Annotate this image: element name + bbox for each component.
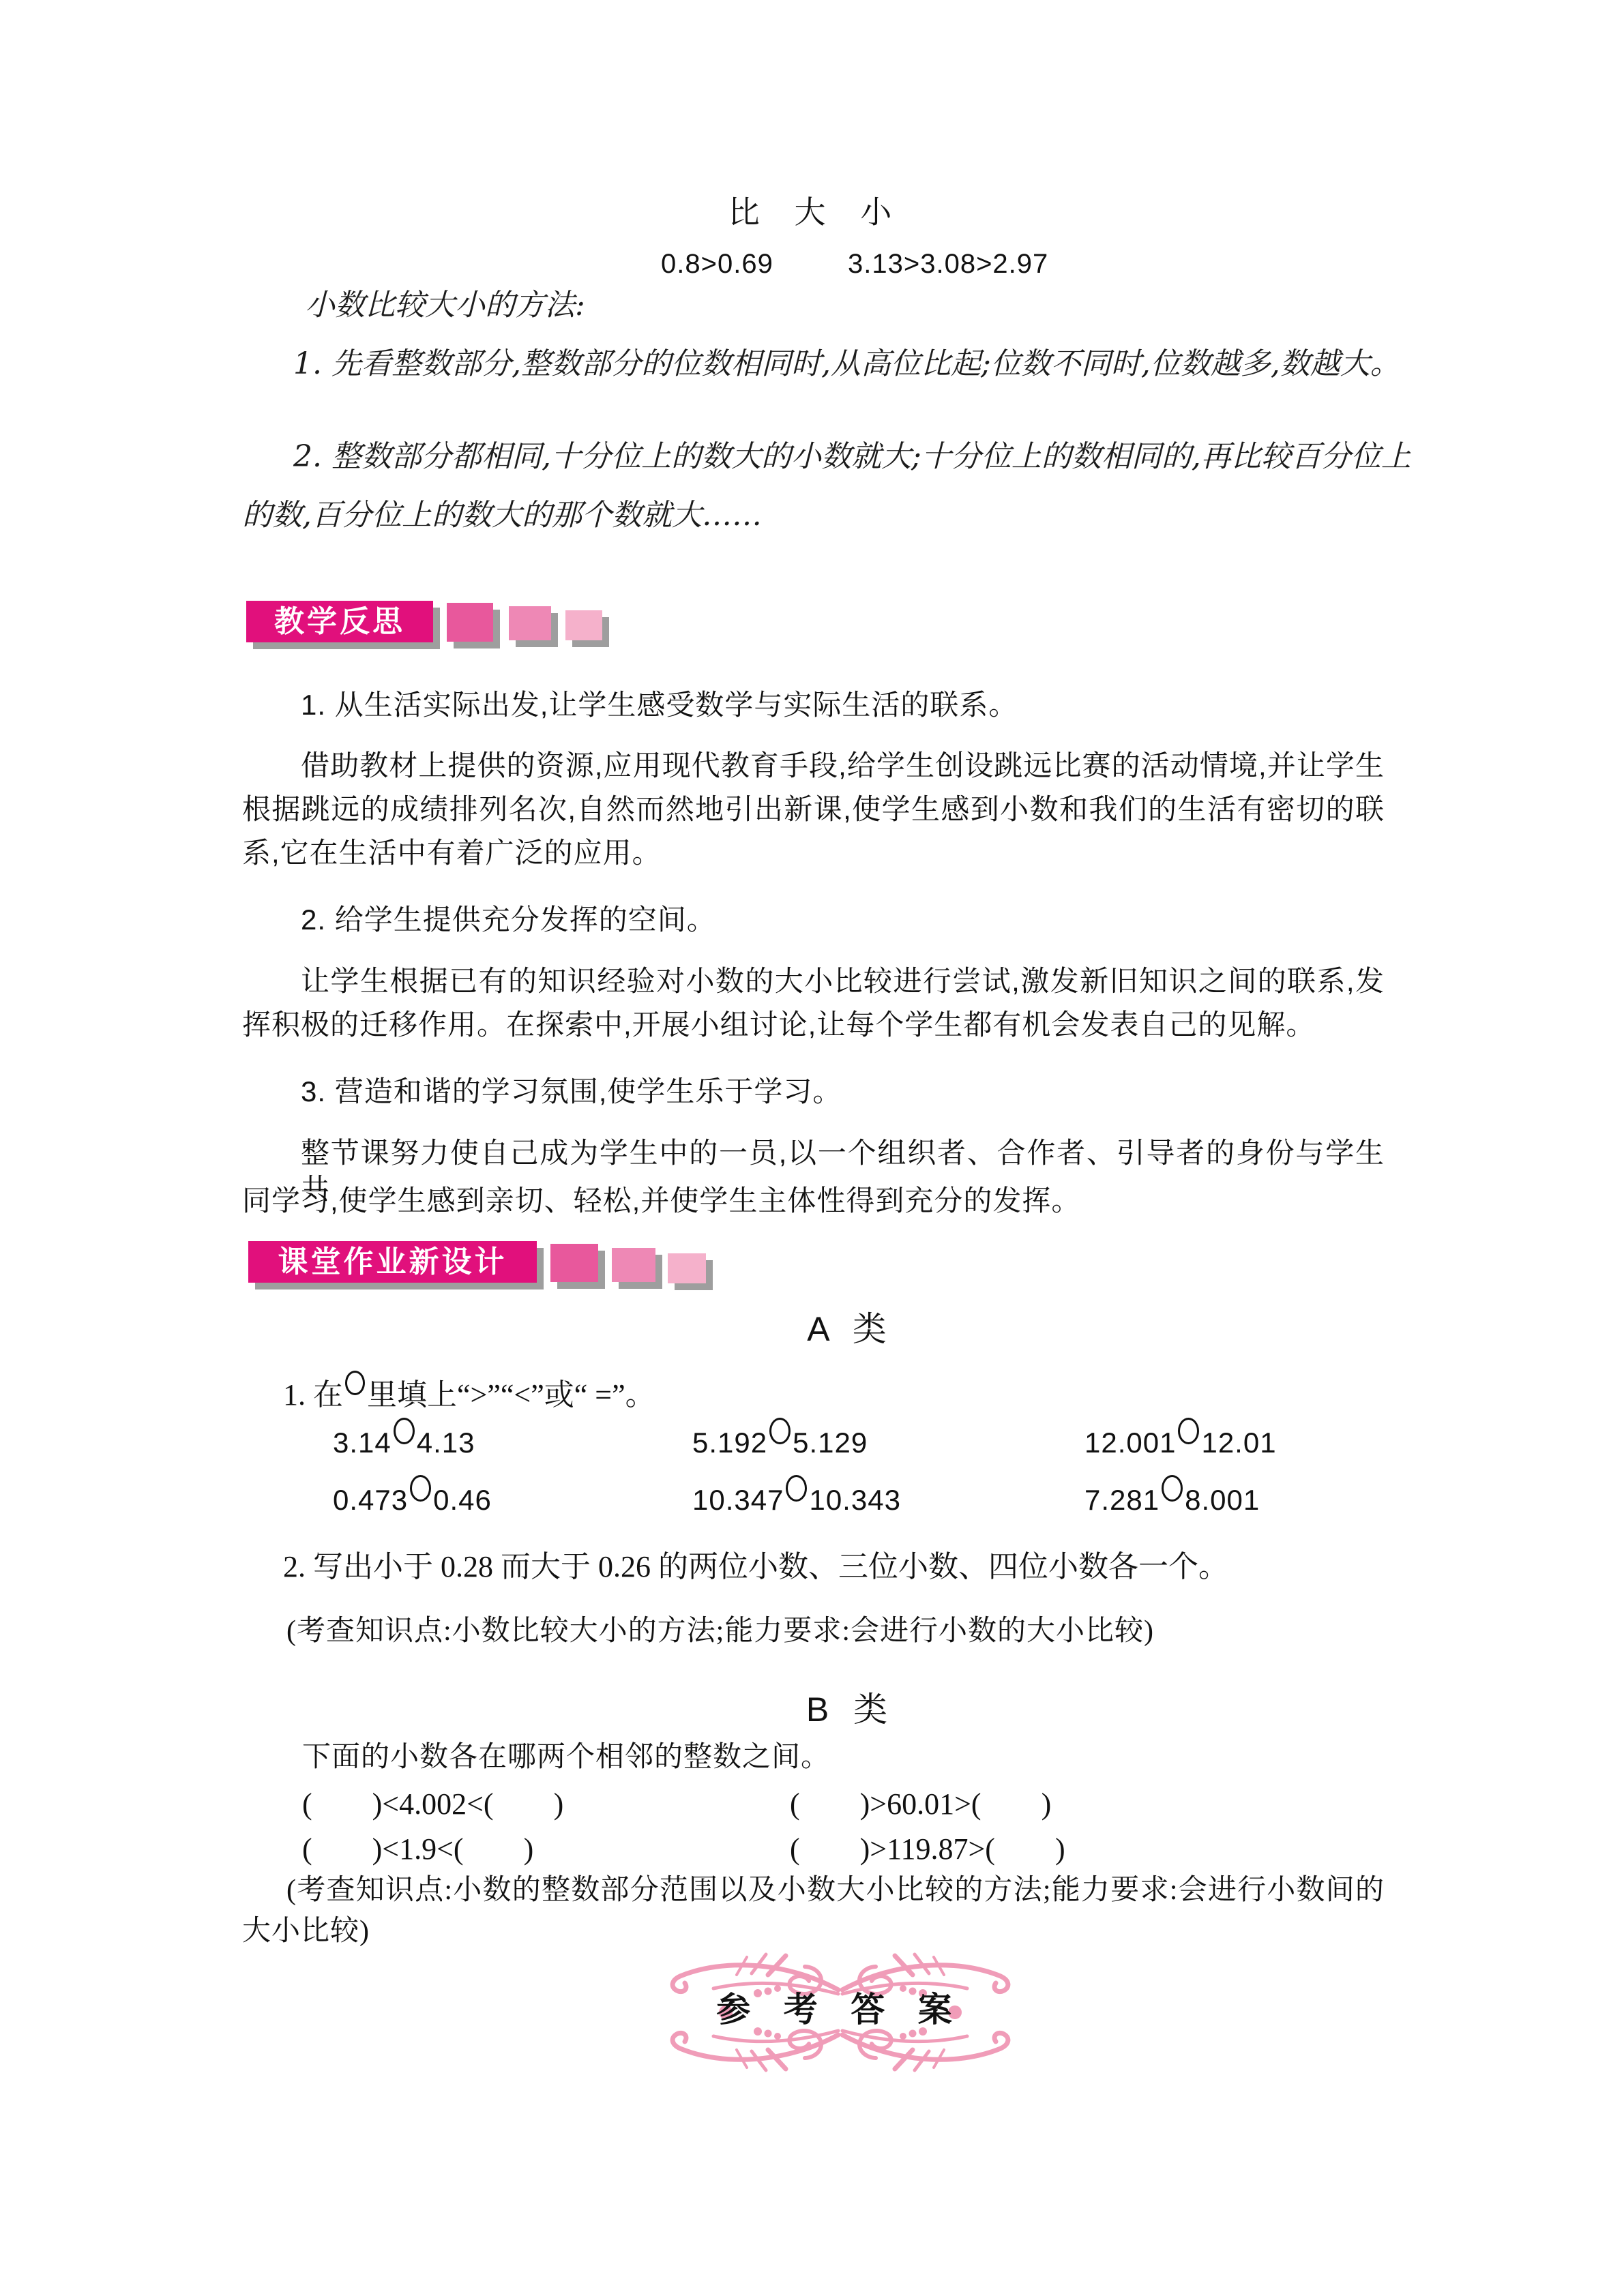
reflection-section-banner: 教学反思: [246, 601, 433, 642]
range-blank-item: ( )<4.002<( ): [302, 1785, 563, 1823]
banner-accent-square-4: [550, 1244, 598, 1282]
reflection-point-3: 3. 营造和谐的学习氛围,使学生乐于学习。: [301, 1074, 842, 1110]
compare-right: 4.13: [417, 1427, 475, 1459]
compare-right: 8.001: [1185, 1484, 1260, 1516]
reference-answers-title: 参 考 答 案: [663, 1988, 1018, 2031]
range-blank-item: ( )<1.9<( ): [302, 1830, 533, 1868]
compare-right: 12.01: [1201, 1427, 1276, 1459]
compare-left: 5.192: [692, 1427, 767, 1459]
comparison-example-1: 0.8>0.69: [661, 247, 773, 281]
reflection-banner-label: 教学反思: [274, 603, 405, 640]
homework-banner-label: 课堂作业新设计: [278, 1243, 507, 1281]
compare-pair: 12.00112.01: [1084, 1425, 1277, 1461]
fill-in-circle-icon: [1178, 1418, 1199, 1444]
compare-right: 0.46: [433, 1484, 492, 1516]
reflection-point-1: 1. 从生活实际出发,让学生感受数学与实际生活的联系。: [301, 687, 1018, 724]
document-page: 比 大 小 0.8>0.69 3.13>3.08>2.97 小数比较大小的方法:…: [0, 0, 1624, 2296]
compare-right: 5.129: [793, 1427, 868, 1459]
banner-accent-square-2: [509, 606, 551, 640]
fill-in-circle-icon: [1162, 1475, 1183, 1502]
banner-accent-square-3: [565, 610, 602, 640]
section-b-note-line-2: 大小比较): [242, 1913, 370, 1950]
fill-in-circle-icon: [394, 1418, 415, 1444]
fill-in-circle-icon: [410, 1475, 431, 1502]
banner-accent-square-5: [612, 1248, 655, 1282]
compare-left: 3.14: [333, 1427, 392, 1459]
reflection-para-1-line-1: 借助教材上提供的资源,应用现代教育手段,给学生创设跳远比赛的活动情境,并让学生: [301, 748, 1385, 784]
compare-right: 10.343: [809, 1484, 900, 1516]
section-a-question-2: 2. 写出小于 0.28 而大于 0.26 的两位小数、三位小数、四位小数各一个…: [283, 1548, 1228, 1585]
range-blank-item: ( )>119.87>( ): [790, 1830, 1065, 1868]
handwriting-method-item-1: 1. 先看整数部分,整数部分的位数相同时,从高位比起;位数不同时,位数越多,数越…: [293, 345, 1400, 383]
banner-accent-square-1: [447, 603, 493, 642]
comparison-example-2: 3.13>3.08>2.97: [848, 247, 1048, 281]
section-b-note-line-1: (考查知识点:小数的整数部分范围以及小数大小比较的方法;能力要求:会进行小数间的: [286, 1873, 1385, 1909]
compare-pair: 5.1925.129: [692, 1425, 868, 1461]
handwriting-method-item-2-line-2: 的数,百分位上的数大的那个数就大……: [242, 496, 762, 534]
handwriting-method-item-2-line-1: 2. 整数部分都相同,十分位上的数大的小数就大;十分位上的数相同的,再比较百分位…: [293, 438, 1411, 475]
section-a-question-1: 1. 在里填上“>”“<”或“ =”。: [283, 1376, 655, 1414]
reflection-para-2-line-1: 让学生根据已有的知识经验对小数的大小比较进行尝试,激发新旧知识之间的联系,发: [301, 964, 1385, 1000]
compare-pair: 3.144.13: [333, 1425, 475, 1461]
reflection-para-2-line-2: 挥积极的迁移作用。在探索中,开展小组讨论,让每个学生都有机会发表自己的见解。: [242, 1007, 1315, 1043]
range-blank-item: ( )>60.01>( ): [790, 1785, 1051, 1823]
reflection-para-3-line-2: 同学习,使学生感到亲切、轻松,并使学生主体性得到充分的发挥。: [242, 1183, 1080, 1219]
section-a-heading: A 类: [71, 1308, 1624, 1351]
compare-pair: 10.34710.343: [692, 1482, 901, 1519]
compare-pair: 0.4730.46: [333, 1482, 492, 1519]
section-b-intro: 下面的小数各在哪两个相邻的整数之间。: [302, 1740, 830, 1776]
homework-section-banner: 课堂作业新设计: [248, 1241, 537, 1283]
section-a-note: (考查知识点:小数比较大小的方法;能力要求:会进行小数的大小比较): [286, 1613, 1154, 1650]
reference-answers-header: 参 考 答 案: [663, 1948, 1018, 2077]
page-title: 比 大 小: [0, 193, 1624, 233]
compare-left: 0.473: [333, 1484, 408, 1516]
banner-accent-square-6: [668, 1253, 706, 1283]
compare-left: 10.347: [692, 1484, 784, 1516]
fill-in-circle-icon: [345, 1371, 365, 1395]
handwriting-method-intro: 小数比较大小的方法:: [305, 286, 585, 324]
reflection-point-2: 2. 给学生提供充分发挥的空间。: [301, 902, 716, 938]
section-b-heading: B 类: [71, 1688, 1624, 1731]
fill-in-circle-icon: [786, 1475, 807, 1502]
question-1-suffix: 里填上“>”“<”或“ =”。: [367, 1378, 655, 1412]
compare-left: 12.001: [1084, 1427, 1176, 1459]
compare-left: 7.281: [1084, 1484, 1160, 1516]
reflection-para-1-line-3: 系,它在生活中有着广泛的应用。: [242, 835, 662, 871]
fill-in-circle-icon: [769, 1418, 791, 1444]
reflection-para-1-line-2: 根据跳远的成绩排列名次,自然而然地引出新课,使学生感到小数和我们的生活有密切的联: [242, 792, 1385, 828]
compare-pair: 7.2818.001: [1084, 1482, 1260, 1519]
question-1-prefix: 1. 在: [283, 1378, 343, 1412]
